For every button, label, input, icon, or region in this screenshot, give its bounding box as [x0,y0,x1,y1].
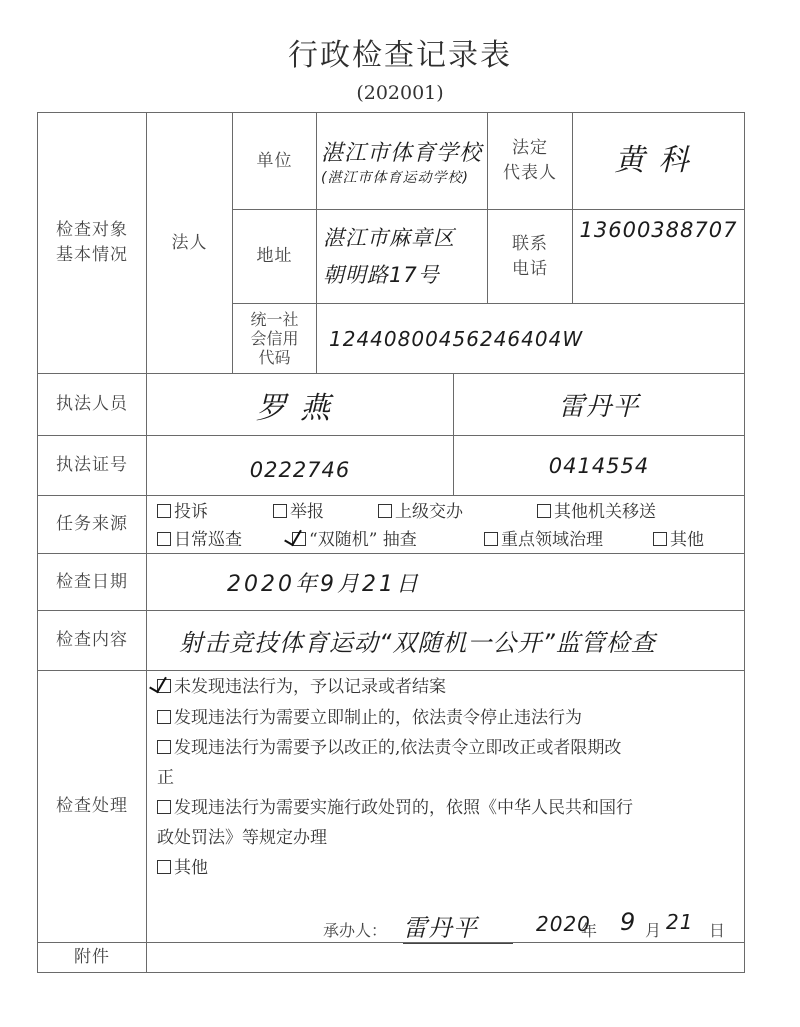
sign-day-unit: 日 [709,918,725,941]
legal-rep-label: 法定代表人 [487,112,573,210]
address-line2: 朝明路17号 [323,257,455,294]
task-option-other-agency-transfer[interactable]: 其他机关移送 [537,497,656,522]
handling-option-penalty-continuation: 政处罚法》等规定办理 [157,823,327,853]
phone-value[interactable]: 13600388707 [572,209,745,304]
sign-month-unit: 月 [645,918,661,941]
sign-day[interactable]: 21 [666,910,693,934]
option-label: 其他 [670,530,704,550]
attachment-value[interactable] [146,942,745,973]
checkbox-icon[interactable] [157,740,171,754]
inspection-content-value[interactable]: 射击竞技体育运动“双随机一公开”监管检查 [146,610,745,671]
option-label: 其他 [174,858,208,878]
task-option-report[interactable]: 举报 [273,497,324,522]
checkbox-icon[interactable] [157,504,171,518]
checkbox-icon[interactable] [653,532,667,546]
address-line1: 湛江市麻章区 [323,220,455,257]
option-label: 日常巡查 [174,530,242,550]
sign-year-unit: 年 [581,918,597,941]
subject-section-label: 检查对象基本情况 [37,112,147,374]
handling-option-other[interactable]: 其他 [157,853,208,883]
legal-rep-label-line1: 法定 [503,136,557,161]
task-option-other[interactable]: 其他 [653,525,704,550]
address-label: 地址 [232,209,317,304]
subject-label-line2: 基本情况 [56,243,128,268]
cert-label: 执法证号 [37,435,147,496]
unit-label: 单位 [232,112,317,210]
option-label: 发现违法行为需要予以改正的,依法责令立即改正或者限期改 [174,738,621,758]
credit-code-label: 统一社会信用代码 [232,303,317,374]
handling-option-stop-violation[interactable]: 发现违法行为需要立即制止的，依法责令停止违法行为 [157,703,582,733]
unit-value[interactable]: 湛江市体育学校 (湛江市体育运动学校) [316,112,488,210]
inspection-date-label: 检查日期 [37,553,147,611]
officers-label: 执法人员 [37,373,147,436]
unit-alt-name: (湛江市体育运动学校) [321,167,482,187]
handler-name[interactable]: 雷丹平 [403,908,513,944]
subject-label-line1: 检查对象 [56,218,128,243]
cert-number-1[interactable]: 0222746 [146,435,454,496]
option-label: “双随机” 抽查 [309,530,417,550]
checkbox-checked-icon[interactable] [157,679,171,693]
address-value[interactable]: 湛江市麻章区 朝明路17号 [316,209,488,304]
subject-type-label: 法人 [146,112,233,374]
task-option-superior-assigned[interactable]: 上级交办 [378,497,463,522]
phone-label-line2: 电话 [512,257,548,282]
legal-rep-label-line2: 代表人 [503,161,557,186]
option-label: 发现违法行为需要立即制止的，依法责令停止违法行为 [174,708,582,728]
task-option-routine-patrol[interactable]: 日常巡查 [157,525,242,550]
option-label: 投诉 [174,502,208,522]
checkbox-icon[interactable] [537,504,551,518]
checkbox-icon[interactable] [484,532,498,546]
checkbox-icon[interactable] [157,710,171,724]
credit-code-label-line3: 代码 [250,348,298,367]
handling-label: 检查处理 [37,670,147,943]
option-label: 发现违法行为需要实施行政处罚的，依照《中华人民共和国行 [174,798,633,818]
option-label: 上级交办 [395,502,463,522]
officer-name-2[interactable]: 雷丹平 [453,373,745,436]
handling-option-no-violation[interactable]: 未发现违法行为，予以记录或者结案 [157,672,446,702]
checkbox-icon[interactable] [378,504,392,518]
credit-code-label-line2: 会信用 [250,329,298,348]
handling-option-correct-violation[interactable]: 发现违法行为需要予以改正的,依法责令立即改正或者限期改 [157,733,621,763]
phone-label-line1: 联系 [512,232,548,257]
task-option-key-area[interactable]: 重点领域治理 [484,525,603,550]
option-label: 重点领域治理 [501,530,603,550]
handling-option-administrative-penalty[interactable]: 发现违法行为需要实施行政处罚的，依照《中华人民共和国行 [157,793,633,823]
document-title: 行政检查记录表 [0,30,800,74]
checkbox-icon[interactable] [157,860,171,874]
phone-label: 联系电话 [487,209,573,304]
handler-signature-line: 承办人： 雷丹平 2020 年 9 月 21 日 [323,908,743,938]
task-source-label: 任务来源 [37,495,147,554]
attachment-label: 附件 [37,942,147,973]
checkbox-icon[interactable] [273,504,287,518]
document-code: (202001) [0,82,800,104]
checkbox-icon[interactable] [157,800,171,814]
task-option-double-random[interactable]: “双随机” 抽查 [292,525,417,550]
option-label: 举报 [290,502,324,522]
credit-code-value[interactable]: 12440800456246404W [316,303,745,374]
option-label: 未发现违法行为，予以记录或者结案 [174,677,446,697]
handler-label: 承办人： [323,918,387,941]
sign-month[interactable]: 9 [620,908,636,936]
legal-rep-value[interactable]: 黄科 [572,112,745,210]
handling-option-correct-continuation: 正 [157,763,174,793]
inspection-content-label: 检查内容 [37,610,147,671]
unit-name: 湛江市体育学校 [321,136,482,167]
cert-number-2[interactable]: 0414554 [453,435,745,496]
inspection-date-value[interactable]: 2020年9月21日 [146,553,745,611]
checkbox-checked-icon[interactable] [292,532,306,546]
checkbox-icon[interactable] [157,532,171,546]
option-label: 其他机关移送 [554,502,656,522]
officer-name-1[interactable]: 罗燕 [146,373,454,436]
credit-code-label-line1: 统一社 [250,310,298,329]
task-option-complaint[interactable]: 投诉 [157,497,208,522]
